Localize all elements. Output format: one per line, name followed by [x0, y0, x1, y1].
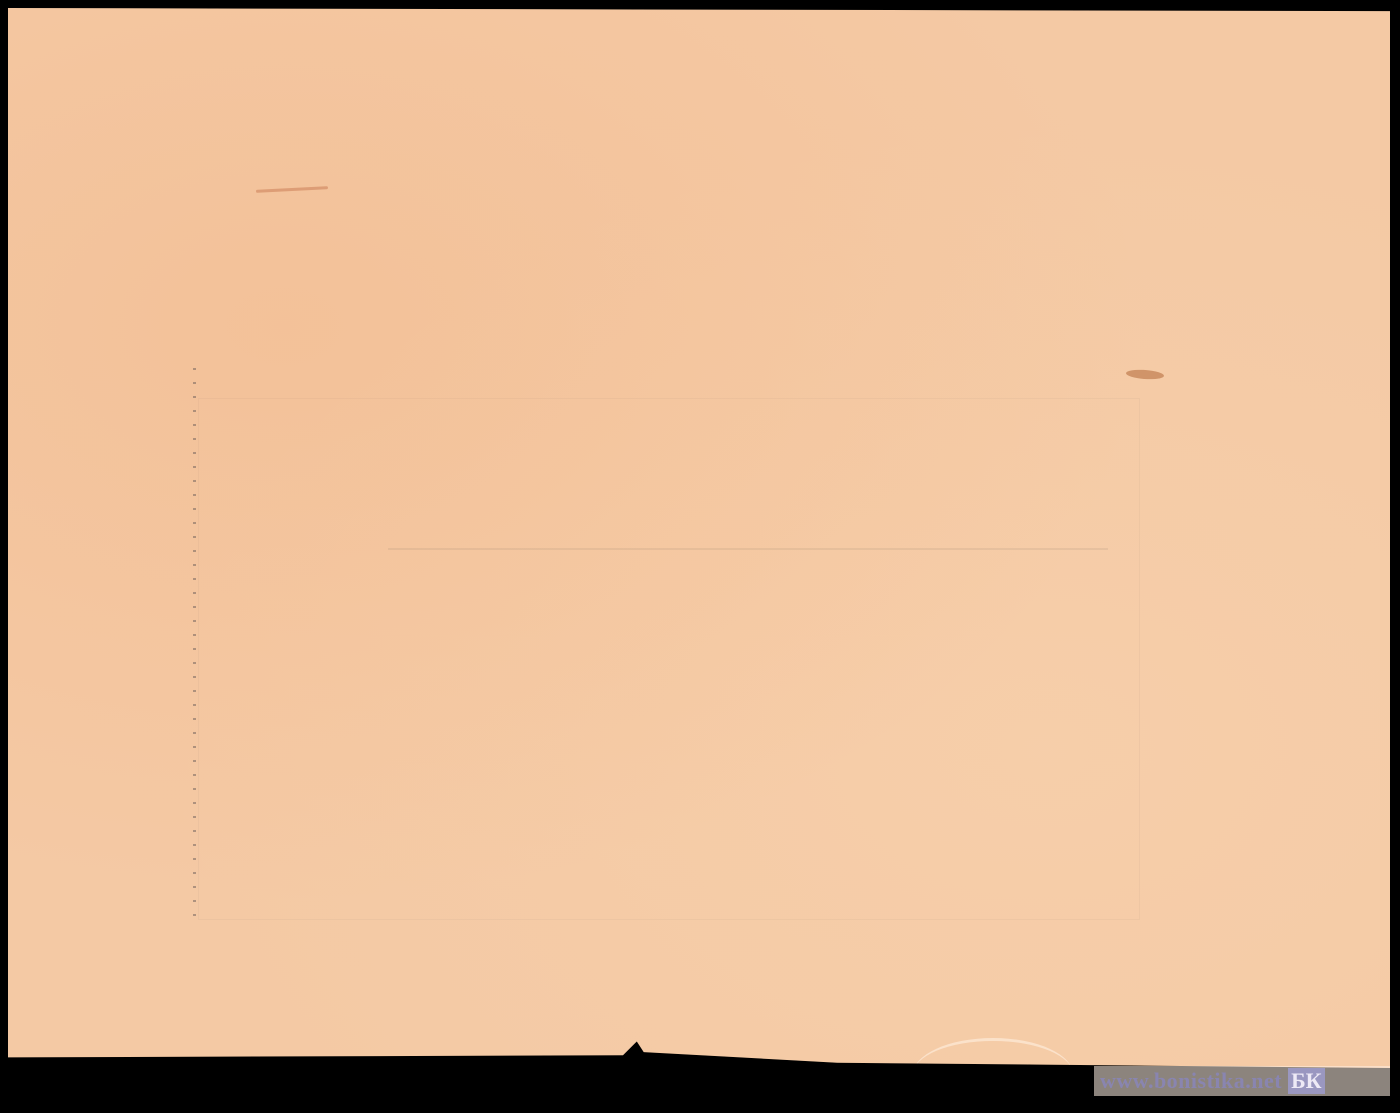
show-through-frame [198, 398, 1140, 920]
watermark-text: www.bonistika.net [1100, 1068, 1282, 1094]
watermark: www.bonistika.net БК [1094, 1066, 1390, 1096]
perforation-dots [193, 368, 196, 918]
watermark-logo: БК [1288, 1068, 1325, 1094]
paper-note-back [8, 8, 1390, 1068]
paper-fiber [256, 186, 328, 193]
paper-crease [913, 1038, 1073, 1111]
show-through-line [388, 548, 1108, 550]
stain-mark [1126, 369, 1165, 381]
